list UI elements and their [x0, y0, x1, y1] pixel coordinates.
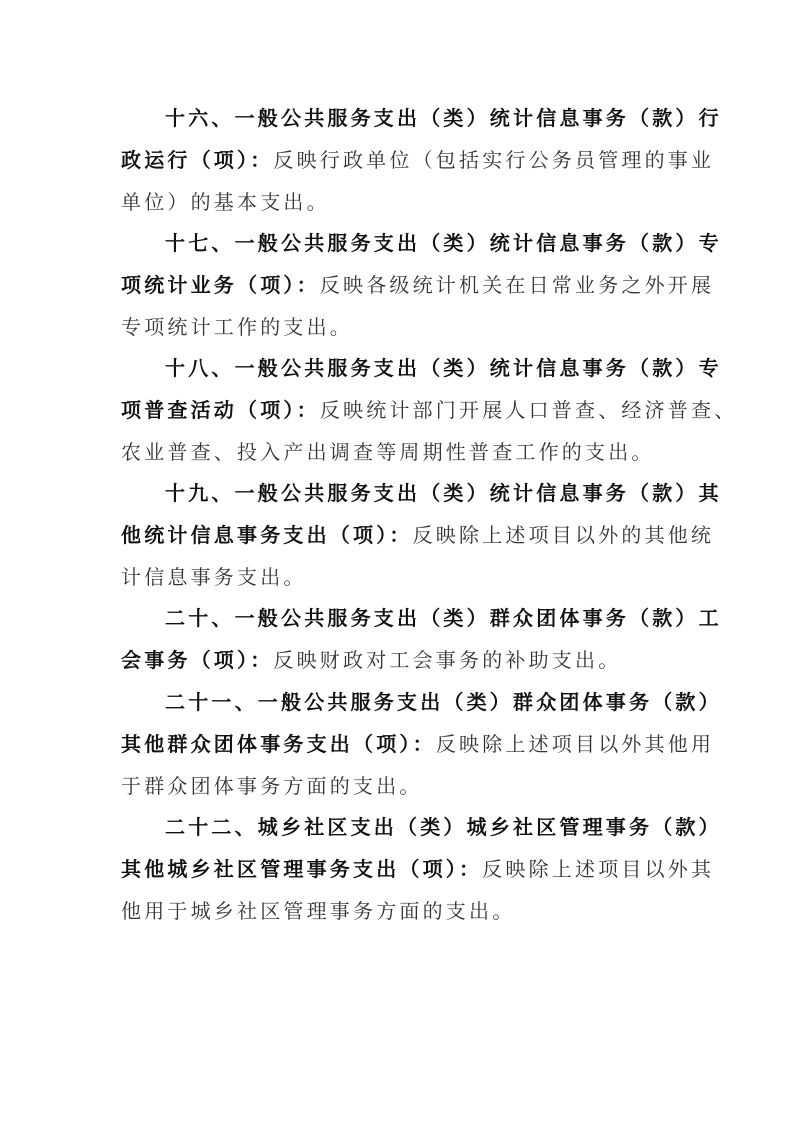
paragraph-line: 单位）的基本支出。 — [121, 187, 330, 217]
item-heading: 二十、一般公共服务支出（类）群众团体事务（款）工 — [165, 606, 722, 630]
item-description: 单位）的基本支出。 — [121, 190, 330, 214]
item-description: 反映统计部门开展人口普查、经济普查、 — [320, 398, 738, 422]
paragraph-line: 其他城乡社区管理事务支出（项）：反映除上述项目以外其 — [121, 854, 714, 884]
item-description: 计信息事务支出。 — [121, 565, 307, 589]
item-heading: 其他群众团体事务支出（项）： — [121, 732, 436, 756]
item-heading: 会事务（项）： — [121, 648, 273, 672]
paragraph-line: 计信息事务支出。 — [121, 562, 307, 592]
item-heading: 其他城乡社区管理事务支出（项）： — [121, 857, 482, 881]
item-heading: 二十二、城乡社区支出（类）城乡社区管理事务（款） — [165, 815, 722, 839]
paragraph-line: 农业普查、投入产出调查等周期性普查工作的支出。 — [121, 437, 655, 467]
paragraph-line: 二十、一般公共服务支出（类）群众团体事务（款）工 — [165, 603, 722, 633]
paragraph-line: 项普查活动（项）：反映统计部门开展人口普查、经济普查、 — [121, 395, 737, 425]
paragraph-line: 他统计信息事务支出（项）：反映除上述项目以外的其他统 — [121, 520, 714, 550]
paragraph-line: 于群众团体事务方面的支出。 — [121, 771, 423, 801]
item-description: 反映除上述项目以外其 — [482, 857, 714, 881]
paragraph-line: 二十二、城乡社区支出（类）城乡社区管理事务（款） — [165, 812, 722, 842]
item-description: 反映各级统计机关在日常业务之外开展 — [320, 273, 714, 297]
paragraph-line: 十八、一般公共服务支出（类）统计信息事务（款）专 — [165, 353, 722, 383]
item-heading: 十九、一般公共服务支出（类）统计信息事务（款）其 — [165, 481, 722, 505]
paragraph-line: 其他群众团体事务支出（项）：反映除上述项目以外其他用 — [121, 729, 714, 759]
item-heading: 二十一、一般公共服务支出（类）群众团体事务（款） — [165, 690, 722, 714]
item-description: 反映除上述项目以外其他用 — [436, 732, 714, 756]
item-heading: 十七、一般公共服务支出（类）统计信息事务（款）专 — [165, 231, 722, 255]
item-description: 反映财政对工会事务的补助支出。 — [273, 648, 621, 672]
item-heading: 他统计信息事务支出（项）： — [121, 523, 413, 547]
paragraph-line: 十六、一般公共服务支出（类）统计信息事务（款）行 — [165, 103, 722, 133]
item-heading: 十八、一般公共服务支出（类）统计信息事务（款）专 — [165, 356, 722, 380]
paragraph-line: 十七、一般公共服务支出（类）统计信息事务（款）专 — [165, 228, 722, 258]
item-heading: 政运行（项）： — [121, 148, 273, 172]
paragraph-line: 二十一、一般公共服务支出（类）群众团体事务（款） — [165, 687, 722, 717]
document-page: 十六、一般公共服务支出（类）统计信息事务（款）行 政运行（项）：反映行政单位（包… — [0, 0, 793, 1122]
paragraph-line: 会事务（项）：反映财政对工会事务的补助支出。 — [121, 645, 621, 675]
item-description: 他用于城乡社区管理事务方面的支出。 — [121, 899, 515, 923]
item-heading: 十六、一般公共服务支出（类）统计信息事务（款）行 — [165, 106, 722, 130]
item-description: 于群众团体事务方面的支出。 — [121, 774, 423, 798]
paragraph-line: 政运行（项）：反映行政单位（包括实行公务员管理的事业 — [121, 145, 714, 175]
item-description: 农业普查、投入产出调查等周期性普查工作的支出。 — [121, 440, 655, 464]
paragraph-line: 他用于城乡社区管理事务方面的支出。 — [121, 896, 515, 926]
item-description: 反映行政单位（包括实行公务员管理的事业 — [273, 148, 714, 172]
paragraph-line: 专项统计工作的支出。 — [121, 312, 353, 342]
paragraph-line: 项统计业务（项）：反映各级统计机关在日常业务之外开展 — [121, 270, 714, 300]
item-description: 专项统计工作的支出。 — [121, 315, 353, 339]
paragraph-line: 十九、一般公共服务支出（类）统计信息事务（款）其 — [165, 478, 722, 508]
item-description: 反映除上述项目以外的其他统 — [413, 523, 715, 547]
item-heading: 项普查活动（项）： — [121, 398, 320, 422]
item-heading: 项统计业务（项）： — [121, 273, 320, 297]
